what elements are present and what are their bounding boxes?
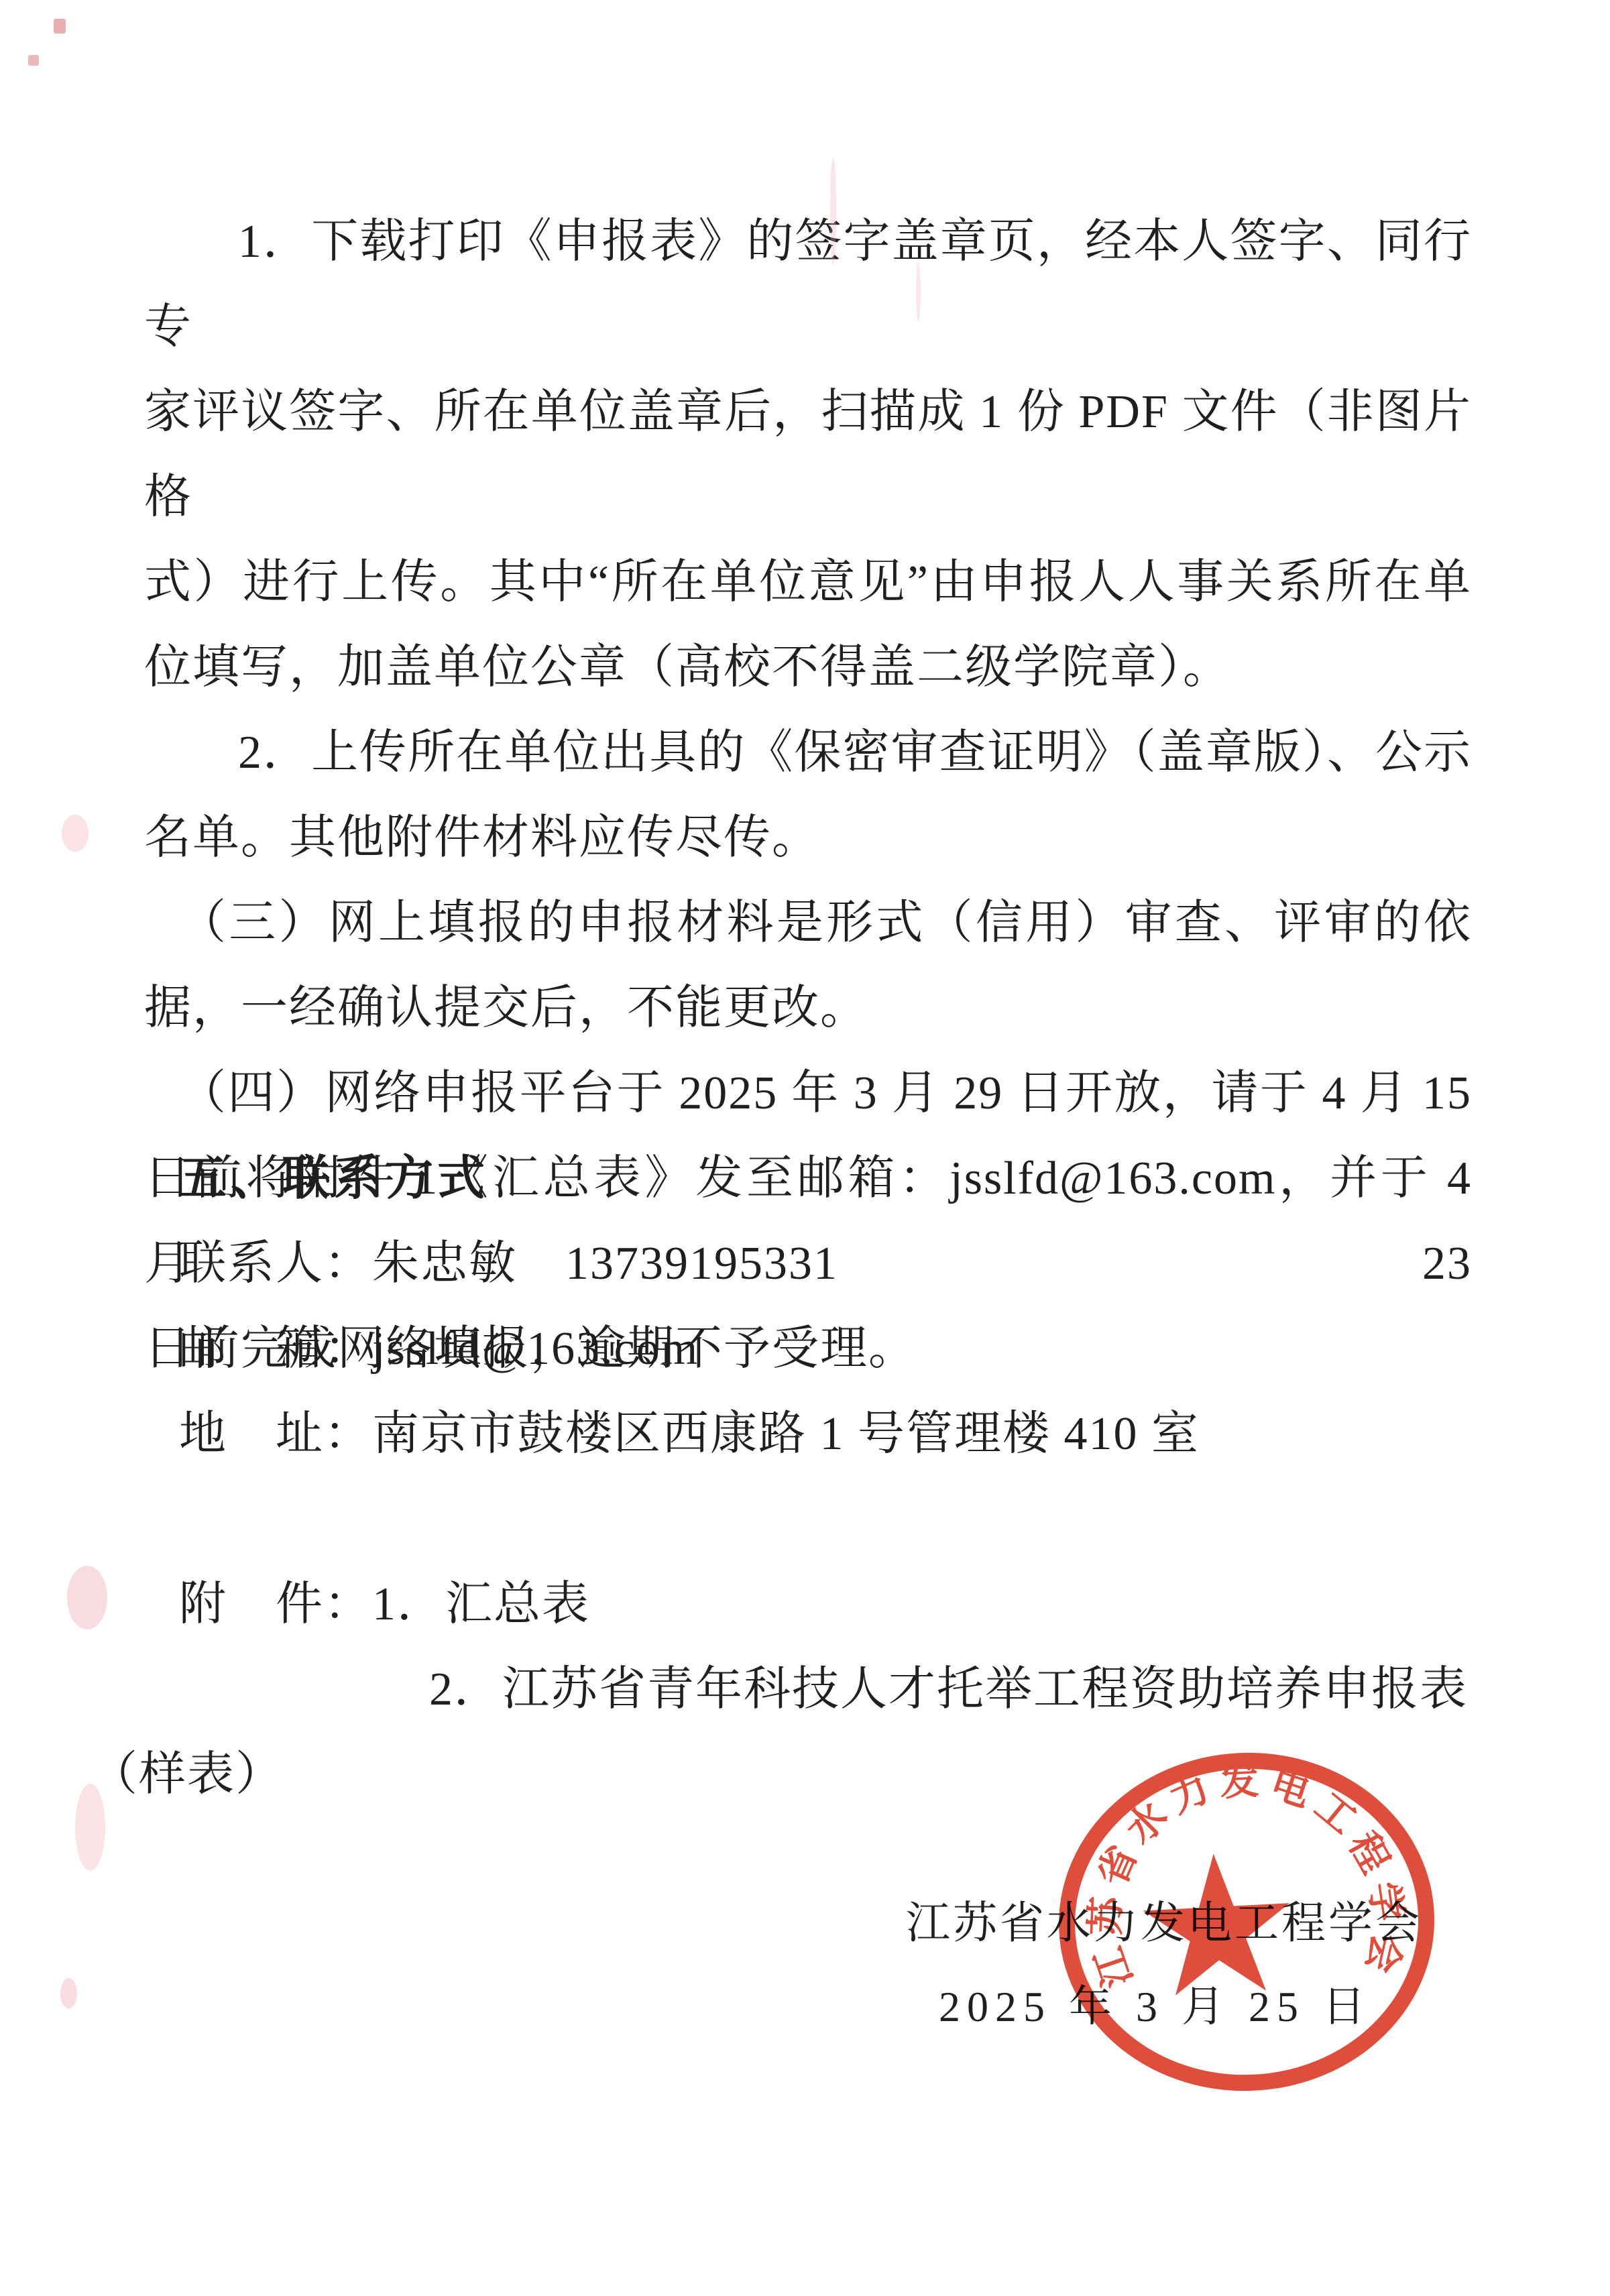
contact-address-line: 地 址：南京市鼓楼区西康路 1 号管理楼 410 室 [144,1391,1472,1477]
body-line: 名单。其他附件材料应传尽传。 [144,795,1472,880]
body-line: （三）网上填报的申报材料是形式（信用）审查、评审的依 [144,880,1472,966]
body-line: 式）进行上传。其中“所在单位意见”由申报人人事关系所在单 [144,540,1472,625]
body-line: 2．上传所在单位出具的《保密审查证明》（盖章版）、公示 [144,710,1472,795]
seal-star-icon [1140,1850,1293,1997]
contact-person-line: 联系人：朱忠敏 13739195331 [144,1221,1472,1306]
scan-artifact [60,1978,77,2008]
scan-artifact [67,1566,107,1629]
contact-section: 联系人：朱忠敏 13739195331 邮 箱：jsslfd@163.com 地… [144,1221,1472,1477]
scanned-document-page: 1．下载打印《申报表》的签字盖章页，经本人签字、同行专 家评议签字、所在单位盖章… [0,0,1610,2296]
attachment-line: 2．江苏省青年科技人才托举工程资助培养申报表 [144,1647,1472,1732]
scan-artifact [62,815,89,852]
body-line: 家评议签字、所在单位盖章后，扫描成 1 份 PDF 文件（非图片格 [144,369,1472,540]
scan-artifact [54,19,66,34]
scan-artifact [28,55,39,66]
body-line: 1．下载打印《申报表》的签字盖章页，经本人签字、同行专 [144,199,1472,369]
attachment-line: 附 件：1．汇总表 [144,1562,1472,1647]
body-line: 位填写，加盖单位公章（高校不得盖二级学院章）。 [144,625,1472,710]
body-line: 据，一经确认提交后，不能更改。 [144,966,1472,1051]
official-seal: 江苏省水力发电工程学会 [1049,1742,1444,2101]
body-line: （四）网络申报平台于 2025 年 3 月 29 日开放，请于 4 月 15 [144,1051,1472,1136]
section-heading: 五、联系方式 [144,1136,1472,1221]
contact-email-line: 邮 箱：jsslfd@163.com [144,1306,1472,1391]
